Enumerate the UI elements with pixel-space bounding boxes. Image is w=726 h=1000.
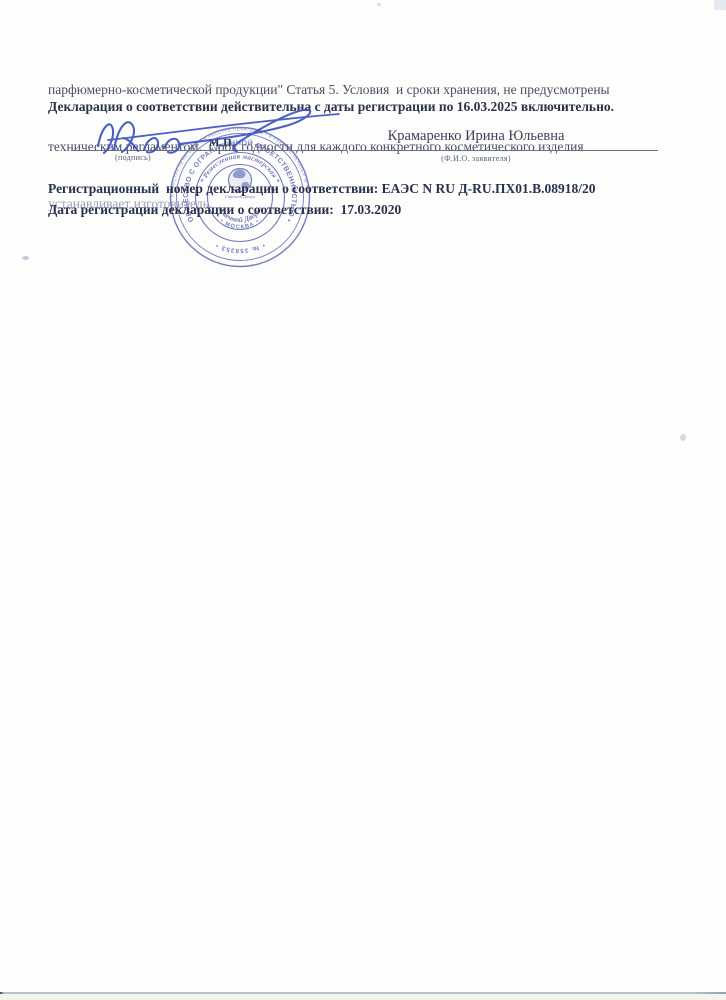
signature-stroke: [108, 114, 339, 140]
signature-stroke: [179, 110, 310, 151]
handwritten-signature: [84, 106, 354, 158]
registration-number-line: Регистрационный номер декларации о соотв…: [48, 181, 708, 197]
stamp-outer-ring-number: • № 358353 •: [214, 241, 266, 254]
signature-stroke: [164, 139, 179, 153]
scan-corner-artifact: [714, 0, 726, 10]
scan-edge-line: [0, 992, 726, 994]
scan-speck: [680, 434, 686, 441]
applicant-name: Крамаренко Ирина Юльевна: [326, 128, 626, 145]
registration-date-line: Дата регистрации декларации о соответств…: [48, 202, 708, 218]
scan-edge-strip: [0, 994, 726, 1000]
signature-stroke: [98, 124, 113, 153]
scanned-declaration-page: парфюмерно-косметической продукции" Стат…: [0, 0, 726, 1000]
signature-stroke: [144, 138, 158, 152]
applicant-name-line: [352, 150, 658, 151]
scan-speck: [22, 256, 29, 260]
applicant-caption: (Ф.И.О. заявителя): [330, 154, 622, 163]
scan-speck: [377, 3, 381, 6]
paragraph-line: парфюмерно-косметической продукции" Стат…: [48, 80, 660, 99]
